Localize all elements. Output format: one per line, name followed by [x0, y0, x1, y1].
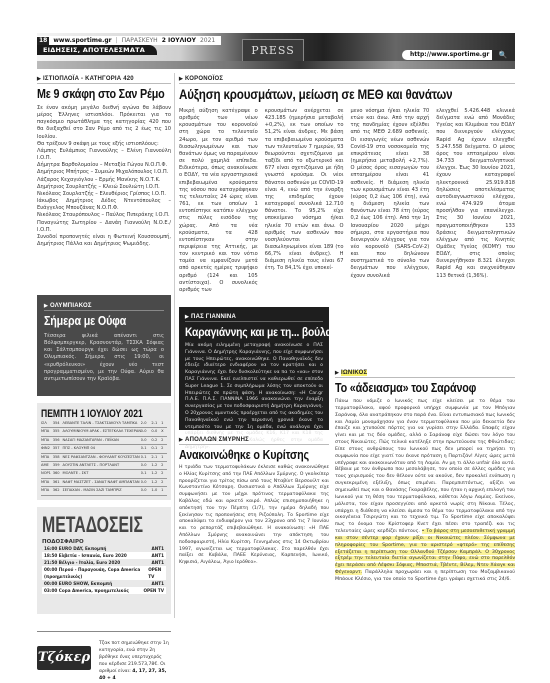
page-header: 18 www.sportime.gr | ΠΑΡΑΣΚΕΥΗ 2 ΙΟΥΛΙΟΥ…: [37, 33, 515, 61]
covid-headline: Αύξηση κρουσμάτων, μείωση σε ΜΕΘ και θαν…: [179, 87, 468, 102]
url-text: http://www.sportime.gr: [410, 51, 489, 58]
broadcasts-title: ΜΕΤΑΔΟΣΕΙΣ: [42, 513, 131, 537]
separator: |: [116, 37, 118, 44]
apollon-headline: Ανακοινώθηκε ο Κυρίτσης: [179, 448, 308, 462]
date-year: 2021: [200, 37, 215, 44]
broadcast-item: 16:00 EURO DAY, ΕκπομπήΑΝΤ1: [42, 545, 166, 552]
joker-logo: Τζόκερ: [37, 646, 91, 670]
broadcast-item: 00:00 Περού - Παραγουάη, Copa America (π…: [42, 566, 166, 580]
table-row: ΜΠΑ355ΑΛΟΥΜΙΝΙΟΥΜ ΑΡΑΚ - ΕΣΤΕΓΚΛΑΛ ΤΕΧΕΡ…: [41, 428, 167, 436]
olympiakos-body: Τέσσερα φιλικά απέναντι στις Βόλφσμπεργκ…: [44, 333, 164, 383]
pas-kicker: ▶ΠΑΣ ΓΙΑΝΝΙΝΑ: [185, 314, 323, 322]
arrow-icon: ▶: [179, 76, 183, 82]
covid-kicker: ▶ΚΟΡΟΝΟΪΟΣ: [179, 76, 515, 84]
table-row: ΜΠΑ356ΝΑΣΑΓΙ ΜΑΖΑΝΤΑΡΑΝ - ΠΕΪΚΑΝ0-00-22: [41, 437, 167, 445]
sailing-kicker: ▶ΙΣΤΙΟΠΛΟΪΑ - ΚΑΤΗΓΟΡΙΑ 420: [37, 76, 171, 84]
search-icon[interactable]: 🔍: [492, 50, 514, 60]
ionikos-article: ▶ΙΩΝΙΚΟΣ Το «άδειασμα» του Σαράνοφ Πάνω …: [335, 370, 515, 584]
apollon-body: Η τριάδα των τερματοφυλάκων έκλεισε καθώ…: [179, 465, 329, 567]
crew-item: Νικόλαος Σουρλατζής – Ελευθέριος Γρίσπος…: [37, 191, 171, 198]
sailing-body: Σε έναν ακόμη μεγάλο διεθνή αγώνα θα λάβ…: [37, 105, 171, 248]
newspaper-page: 18 www.sportime.gr | ΠΑΡΑΣΚΕΥΗ 2 ΙΟΥΛΙΟΥ…: [37, 33, 515, 673]
crew-item: Δημήτριος Σουρλατζής – Κλειώ Σουλιώτη Ι.…: [37, 184, 171, 191]
covid-article: ▶ΚΟΡΟΝΟΪΟΣ Αύξηση κρουσμάτων, μείωση σε …: [179, 76, 515, 294]
crew-item: Ιάκωβος Δημήτριος Δέδες Ντεντόπουλος – Ε…: [37, 198, 171, 212]
crew-item: Λάζαρος Κεχαγιόγλου – Ερμής Μανίκης Ν.Ο.…: [37, 177, 171, 184]
column-divider: [174, 73, 175, 618]
broadcast-item: 03:00 Copa America, προημιτελικόςOPEN TV: [42, 587, 166, 594]
covid-col-1: Μικρή αύξηση κατέγραψε ο αριθμός των νέω…: [179, 108, 258, 294]
sailing-intro: Σε έναν ακόμη μεγάλο διεθνή αγώνα θα λάβ…: [37, 105, 171, 141]
arrow-icon: ▶: [179, 437, 183, 443]
apollon-article: ▶ΑΠΟΛΛΩΝ ΣΜΥΡΝΗΣ Ανακοινώθηκε ο Κυρίτσης…: [179, 437, 329, 567]
table-row: ΦΙΝ2357ΠΠΣ - ΚΛΟΥΜΠ 040-10-12: [41, 445, 167, 453]
section-title: ΕΙΔΗΣΕΙΣ, ΑΠΟΤΕΛΕΣΜΑΤΑ: [37, 45, 157, 55]
date-day: ΠΑΡΑΣΚΕΥΗ: [122, 37, 158, 44]
site-link[interactable]: www.sportime.gr: [53, 37, 111, 44]
olympiakos-headline: Σήμερα με Ούφα: [44, 314, 147, 328]
broadcasts-box: ΜΕΤΑΔΟΣΕΙΣ ΠΟΔΟΣΦΑΙΡΟ 16:00 EURO DAY, Εκ…: [37, 507, 171, 614]
header-meta: 18 www.sportime.gr | ΠΑΡΑΣΚΕΥΗ 2 ΙΟΥΛΙΟΥ…: [37, 36, 221, 45]
broadcast-item: 21:50 Βέλγιο - Ιταλία, Euro 2020ΑΝΤ1: [42, 559, 166, 566]
joker-box: Τζόκερ Τζακ ποτ σημειώθηκε στην 1η κατηγ…: [37, 631, 171, 640]
ionikos-body: Πάνω που νόμιζε ο Ιωνικός πως είχε κλείσ…: [335, 399, 515, 584]
ionikos-highlight: • Το βάρος στη μεσοεπιθετική γραμμή και …: [335, 529, 515, 575]
date-main: 2 ΙΟΥΛΙΟΥ: [162, 37, 196, 44]
crew-item: Λάμπης Ευλάμπιος Γιαννούλης – Ελένη Γιαν…: [37, 148, 171, 162]
table-row: ΙΣΛ354ΛΕΒΑΝΤΕ ΤΑΛΙΝ - ΤΣΑΚΤΣΑΚΟΥΛ ΤΑΜΠΚΑ…: [41, 420, 167, 428]
url-bar[interactable]: http://www.sportime.gr 🔍: [402, 50, 512, 60]
covid-col-3: μενο νόσημα ή/και ηλικία 70 ετών και άνω…: [351, 108, 430, 294]
ionikos-main: Πάνω που νόμιζε ο Ιωνικός πως είχε κλείσ…: [335, 399, 515, 534]
divider: [37, 631, 171, 632]
pas-giannina-box: ▶ΠΑΣ ΓΙΑΝΝΙΝΑ Καραγιάννης και με τη... β…: [179, 307, 329, 430]
arrow-icon: ▶: [44, 303, 48, 309]
results-title: ΠΕΜΠΤΗ 1 ΙΟΥΛΙΟΥ 2021: [41, 408, 139, 420]
pas-body: Μία ακόμη ειλημμένη μεταγραφή ανακοίνωσε…: [185, 343, 323, 452]
sailing-lead: Θα τρέξουν 9 σκάφη με τους εξής ιστιοπλό…: [37, 141, 171, 148]
ionikos-headline: Το «άδειασμα» του Σαράνοφ: [335, 381, 490, 395]
joker-text: Τζακ ποτ σημειώθηκε στην 1η κατηγορία, ε…: [99, 640, 171, 682]
broadcast-item: 18:50 Ελβετία - Ισπανία, Euro 2020ΑΝΤ1: [42, 552, 166, 559]
table-row: ΜΠΑ362ΣΕΠΑΧΑΝ - ΜΑΣΙΝ ΣΑΖΙ ΤΑΜΠΡΙΖ0-01-0…: [41, 487, 167, 495]
sailing-headline: Με 9 σκάφη στο Σαν Ρέμο: [37, 87, 152, 101]
covid-col-2: κρουσμάτων ανέρχεται σε 423.185 (ημερήσι…: [265, 108, 344, 294]
broadcast-item: 00:00 EURO SHOW, ΕκπομπήΑΝΤ1: [42, 580, 166, 587]
arrow-icon: ▶: [335, 370, 339, 376]
press-logo: PRESS: [242, 39, 304, 61]
crew-item: Παναγιώτης Σωτηρίου – Δανάη Γιαννούλη Ν.…: [37, 220, 171, 234]
ionikos-kicker: ▶ΙΩΝΙΚΟΣ: [335, 370, 515, 378]
olympiakos-box: ▶ΟΛΥΜΠΙΑΚΟΣ Σήμερα με Ούφα Τέσσερα φιλικ…: [37, 295, 171, 396]
arrow-icon: ▶: [185, 314, 189, 320]
results-table: ΠΕΜΠΤΗ 1 ΙΟΥΛΙΟΥ 2021 ΙΣΛ354ΛΕΒΑΝΤΕ ΤΑΛΙ…: [37, 403, 171, 500]
covid-col-4: ελεγχθεί 5.426.448 κλινικά δείγματα ενώ …: [436, 108, 515, 294]
ionikos-tail: Παράλληλα προχωράει και η περίπτωση του …: [335, 570, 515, 582]
covid-columns: Μικρή αύξηση κατέγραψε ο αριθμός των νέω…: [179, 108, 515, 294]
page-number: 18: [37, 37, 49, 45]
sailing-article: ▶ΙΣΤΙΟΠΛΟΪΑ - ΚΑΤΗΓΟΡΙΑ 420 Με 9 σκάφη σ…: [37, 76, 171, 248]
table-row: ΝΟΡ1360ΜΟΛΝΤΕ - ΣΚΤ0-11-22: [41, 470, 167, 478]
sailing-outro: Συνοδοί προπονητές είναι η Φωτεινή Κουσσ…: [37, 234, 171, 248]
olympiakos-kicker: ▶ΟΛΥΜΠΙΑΚΟΣ: [44, 303, 164, 311]
table-row: ΜΠΑ358ΝΕΣ ΡΑΦΣΑΝΤΖΑΝ - ΦΟΥΛΑΝΤ ΚΟΥΖΕΣΤΑΝ…: [41, 454, 167, 462]
table-row: ΜΠΑ361ΝΑΦΤ ΜΑΣΤΖΕΤ - ΣΑΝΑΤ ΝΑΦΤ ΑΜΠΑΝΤΑΝ…: [41, 479, 167, 487]
arrow-icon: ▶: [37, 76, 41, 82]
header-photo: [37, 61, 515, 69]
pas-headline: Καραγιάννης και με τη... βούλα: [185, 325, 304, 339]
apollon-kicker: ▶ΑΠΟΛΛΩΝ ΣΜΥΡΝΗΣ: [179, 437, 329, 445]
table-row: ΑΜΕ359ΑΟΥΣΤΙΝ ΑΝΤΛΕΤΣ - ΠΟΡΤΛΑΝΤ0-01-22: [41, 462, 167, 470]
crew-item: Δημήτριος Μπήτρος – Συμεών Μιχαλόπουλος …: [37, 169, 171, 176]
crew-item: Νικόλαος Σταυρόπουλος – Παύλος Πιπεράκης…: [37, 212, 171, 219]
